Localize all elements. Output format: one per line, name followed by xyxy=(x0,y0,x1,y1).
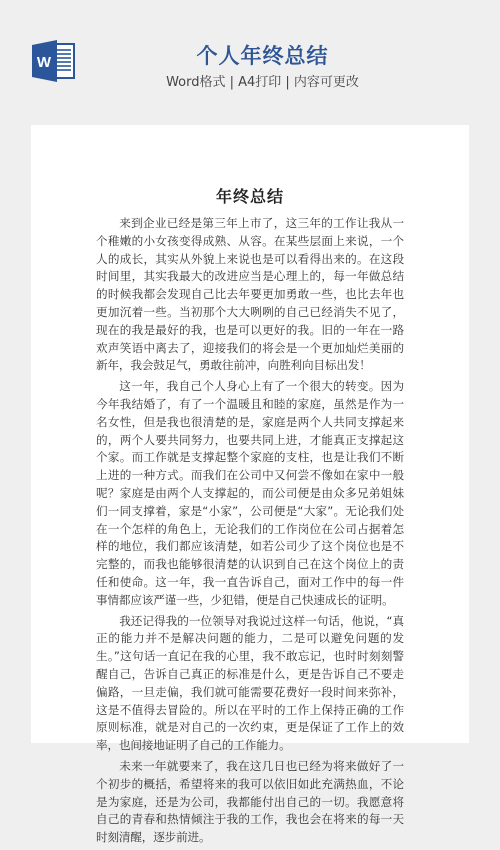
document-title: 年终总结 xyxy=(31,187,469,207)
header-subtitle: Word格式 | A4打印 | 内容可更改 xyxy=(0,74,500,92)
paragraph-3: 我还记得我的一位领导对我说过这样一句话，他说，“真正的能力并不是解决问题的能力，… xyxy=(96,613,404,750)
document-page: 年终总结 来到企业已经是第三年上市了，这三年的工作让我从一个稚嫩的小女孩变得成熟… xyxy=(31,125,469,743)
paragraph-1: 来到企业已经是第三年上市了，这三年的工作让我从一个稚嫩的小女孩变得成熟、从容。在… xyxy=(96,215,404,375)
document-body: 来到企业已经是第三年上市了，这三年的工作让我从一个稚嫩的小女孩变得成熟、从容。在… xyxy=(96,215,404,750)
paragraph-2: 这一年，我自己个人身心上有了一个很大的转变。因为今年我结婚了，有了一个温暖且和睦… xyxy=(96,378,404,609)
header-title: 个人年终总结 xyxy=(0,44,500,68)
header-banner: W 个人年终总结 Word格式 | A4打印 | 内容可更改 xyxy=(0,0,500,124)
